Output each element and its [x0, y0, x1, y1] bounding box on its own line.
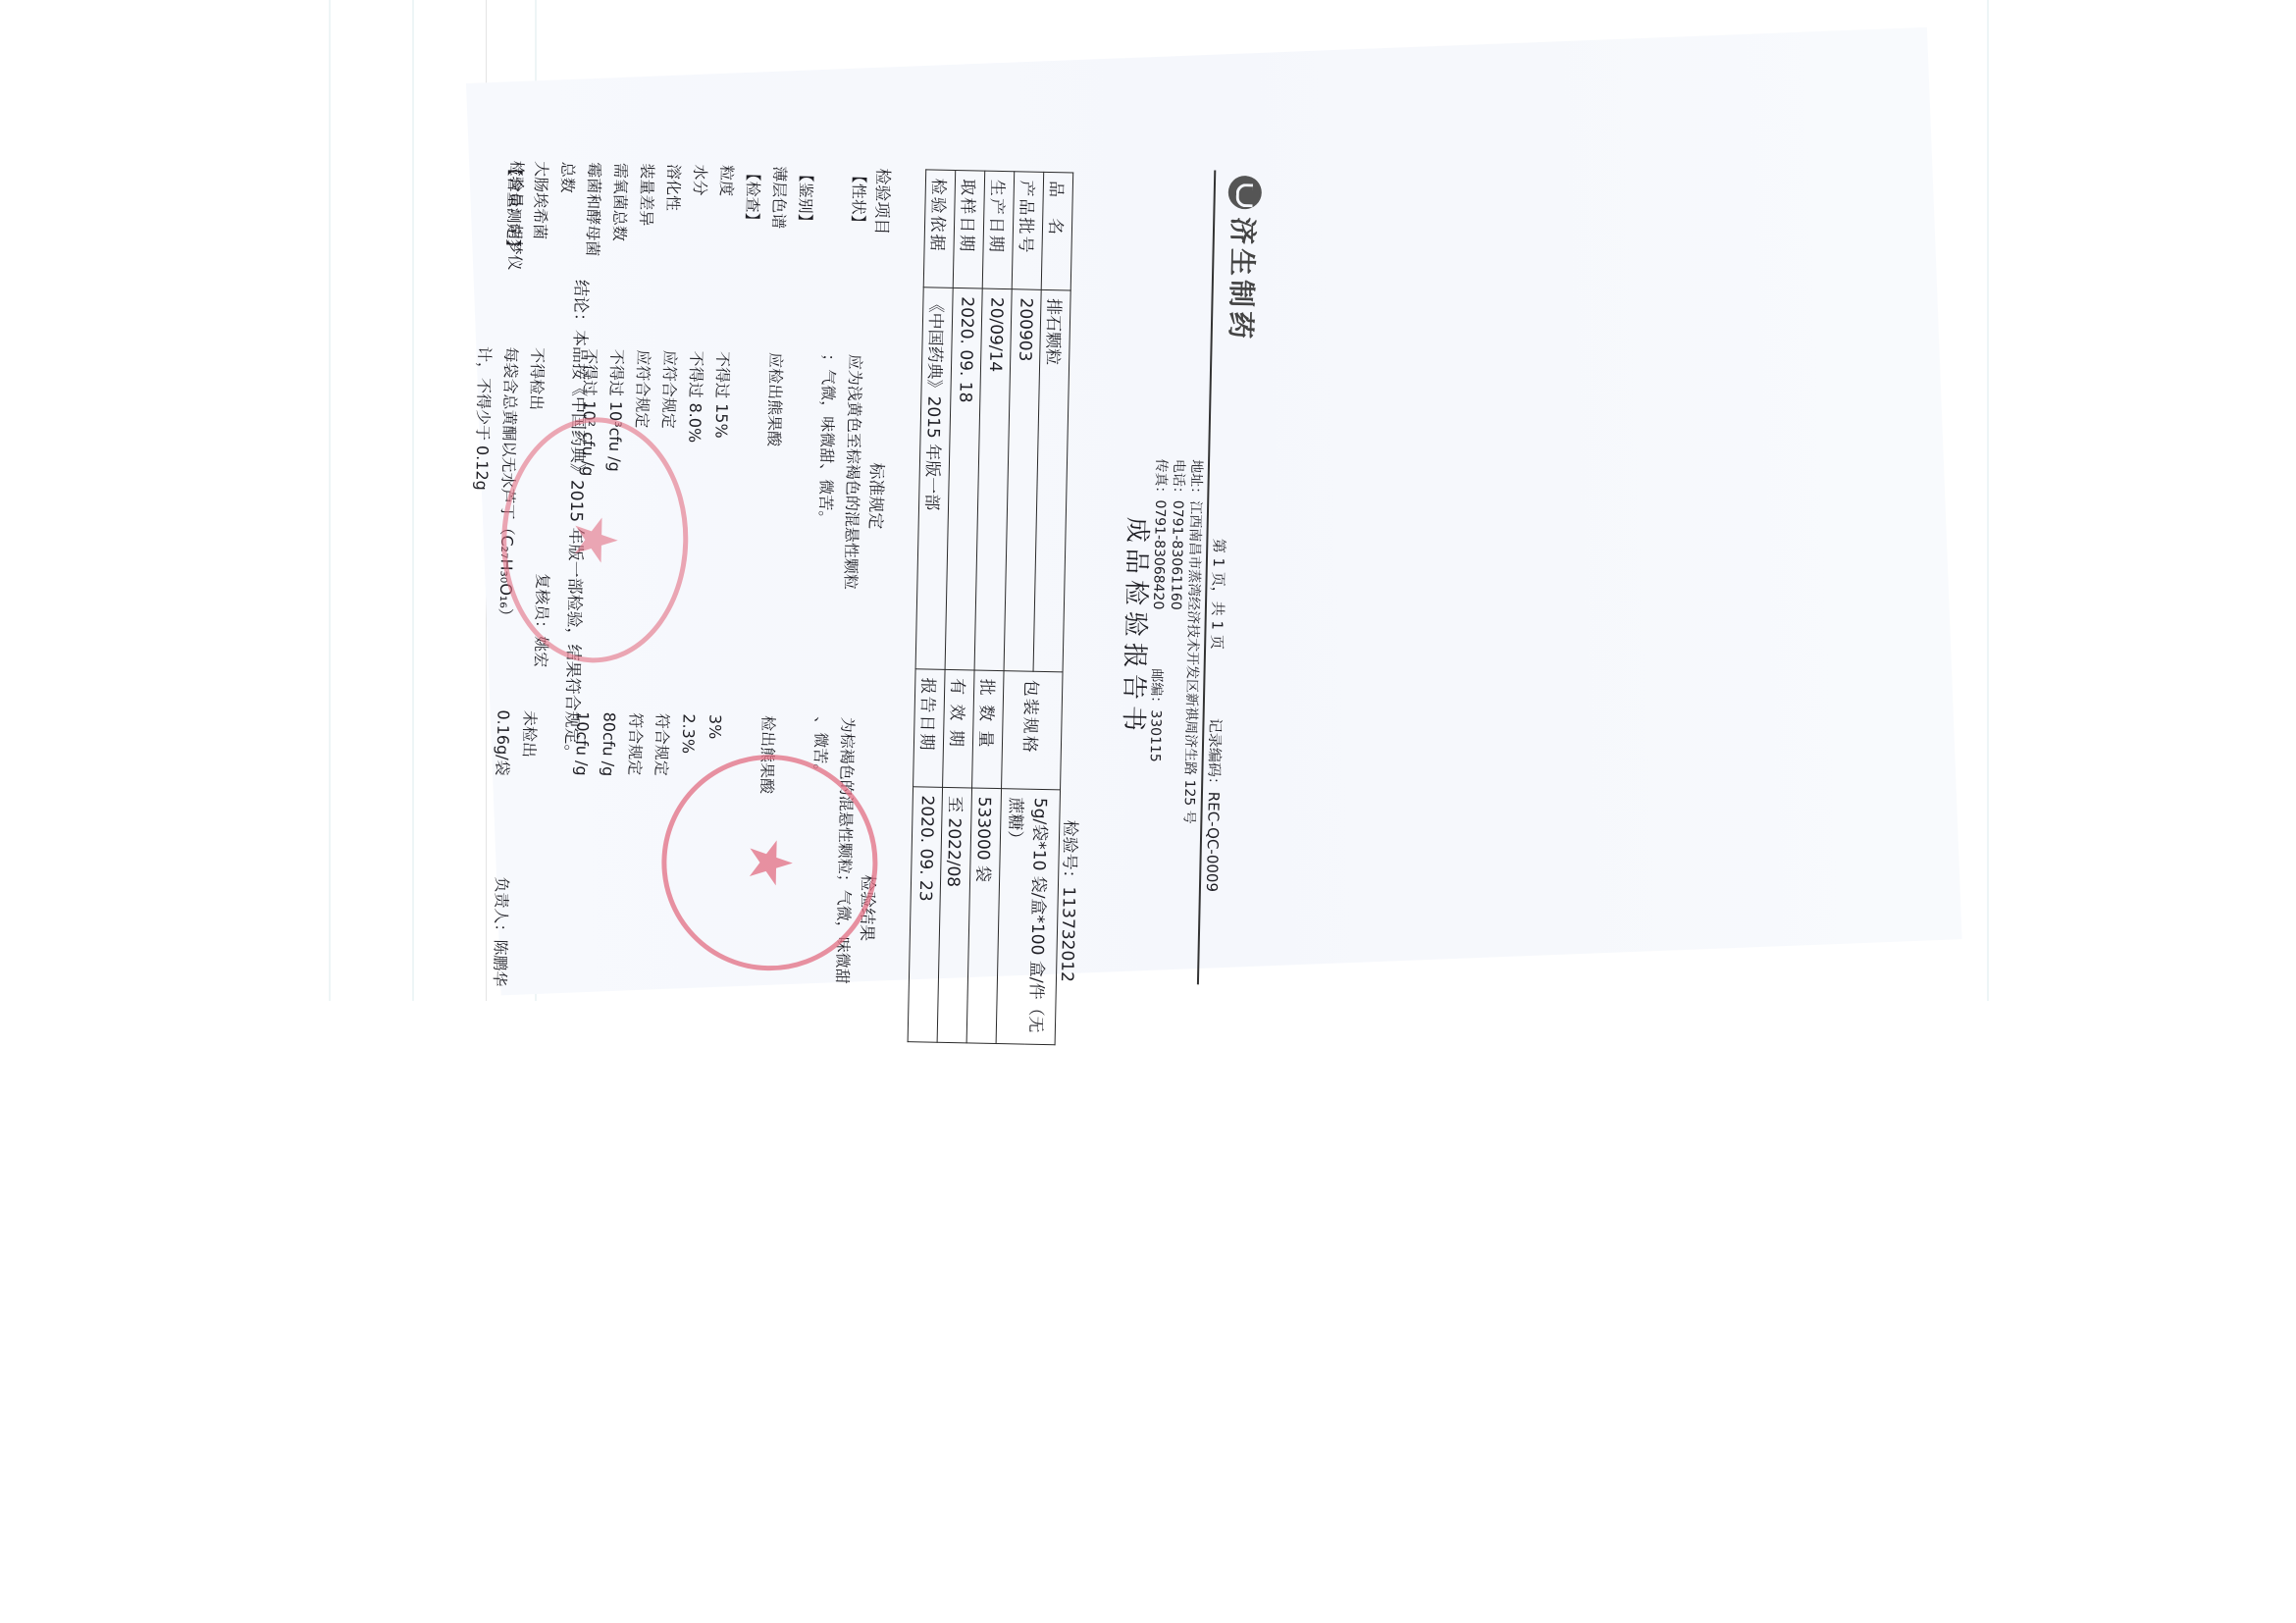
product-info-table: 品 名 排石颗粒 包装规格 5g/袋*10 袋/盒*100 盒/件（无蔗糖） 产…	[908, 169, 1074, 1045]
package-spec-label: 包装规格	[1002, 671, 1063, 790]
report-title: 成品检验报告书	[1117, 517, 1158, 738]
test-item: 总数	[552, 161, 581, 256]
inspector-signature: 检验员：胡梦仪	[504, 160, 529, 270]
test-item: 霉菌和酵母菌	[579, 162, 607, 257]
report-header: 济生制药 第 1 页，共 1 页 记录编码：REC-QC-0009 地址：江西南…	[1108, 134, 1285, 1119]
package-spec: 5g/袋*10 袋/盒*100 盒/件（无蔗糖）	[996, 789, 1060, 1045]
seal-star-icon: ★	[565, 513, 625, 567]
report-date: 2020. 09. 23	[908, 787, 942, 1043]
test-item: 【鉴别】	[791, 166, 819, 261]
prod-date-label: 生产日期	[982, 171, 1015, 289]
test-item	[817, 167, 846, 262]
col-standard-header: 标准规定	[865, 462, 891, 530]
product-name-label: 品 名	[1041, 172, 1073, 290]
test-item: 水分	[685, 164, 713, 259]
inspection-number: 检验号：113732012	[1057, 819, 1084, 982]
company-logo: 济生制药	[1223, 176, 1266, 343]
inspection-report: 济生制药 第 1 页，共 1 页 记录编码：REC-QC-0009 地址：江西南…	[558, 123, 1285, 1128]
test-result	[458, 709, 491, 977]
batch-no-label: 产品批号	[1012, 172, 1044, 290]
basis-label: 检验依据	[923, 170, 956, 288]
test-item: 粒度	[711, 165, 740, 260]
test-items-column: 【性状】【鉴别】薄层色谱【检查】粒度水分溶化性装量差异需氧菌总数霉菌和酵母菌总数…	[473, 160, 872, 262]
test-item: 薄层色谱	[764, 166, 793, 261]
test-item: 【性状】	[844, 168, 872, 263]
seal-star-icon: ★	[740, 836, 800, 890]
company-name: 济生制药	[1223, 217, 1265, 343]
record-code: 记录编码：REC-QC-0009	[1202, 718, 1226, 893]
test-item: 装量差异	[632, 163, 660, 258]
report-date-label: 报告日期	[913, 669, 946, 788]
test-result: 80cfu /g	[591, 711, 623, 979]
scan-line	[1987, 0, 1989, 1001]
expiry-label: 有 效 期	[943, 669, 975, 788]
sample-date-label: 取样日期	[953, 170, 985, 288]
test-item: 【检查】	[738, 165, 766, 260]
batch-qty-label: 批 数 量	[972, 670, 1005, 789]
page-info: 第 1 页，共 1 页	[1207, 538, 1229, 650]
test-item: 溶化性	[658, 164, 687, 259]
scan-line	[412, 0, 414, 1001]
test-result: 符合规定	[617, 712, 650, 980]
test-result: 未检出	[511, 710, 544, 978]
col-item-header: 检验项目	[871, 168, 897, 236]
scan-line	[329, 0, 331, 1001]
batch-qty: 533000 袋	[966, 788, 1001, 1044]
expiry: 至 2022/08	[937, 787, 971, 1043]
test-item: 大肠埃希菌	[526, 161, 554, 256]
responsible-signature: 负责人：陈鹏华	[490, 876, 514, 986]
test-column-headers: 检验项目 标准规定 检验结果	[879, 169, 898, 1042]
test-item	[473, 160, 501, 255]
test-item: 需氧菌总数	[605, 163, 634, 258]
jisheng-logo-icon	[1227, 176, 1262, 210]
